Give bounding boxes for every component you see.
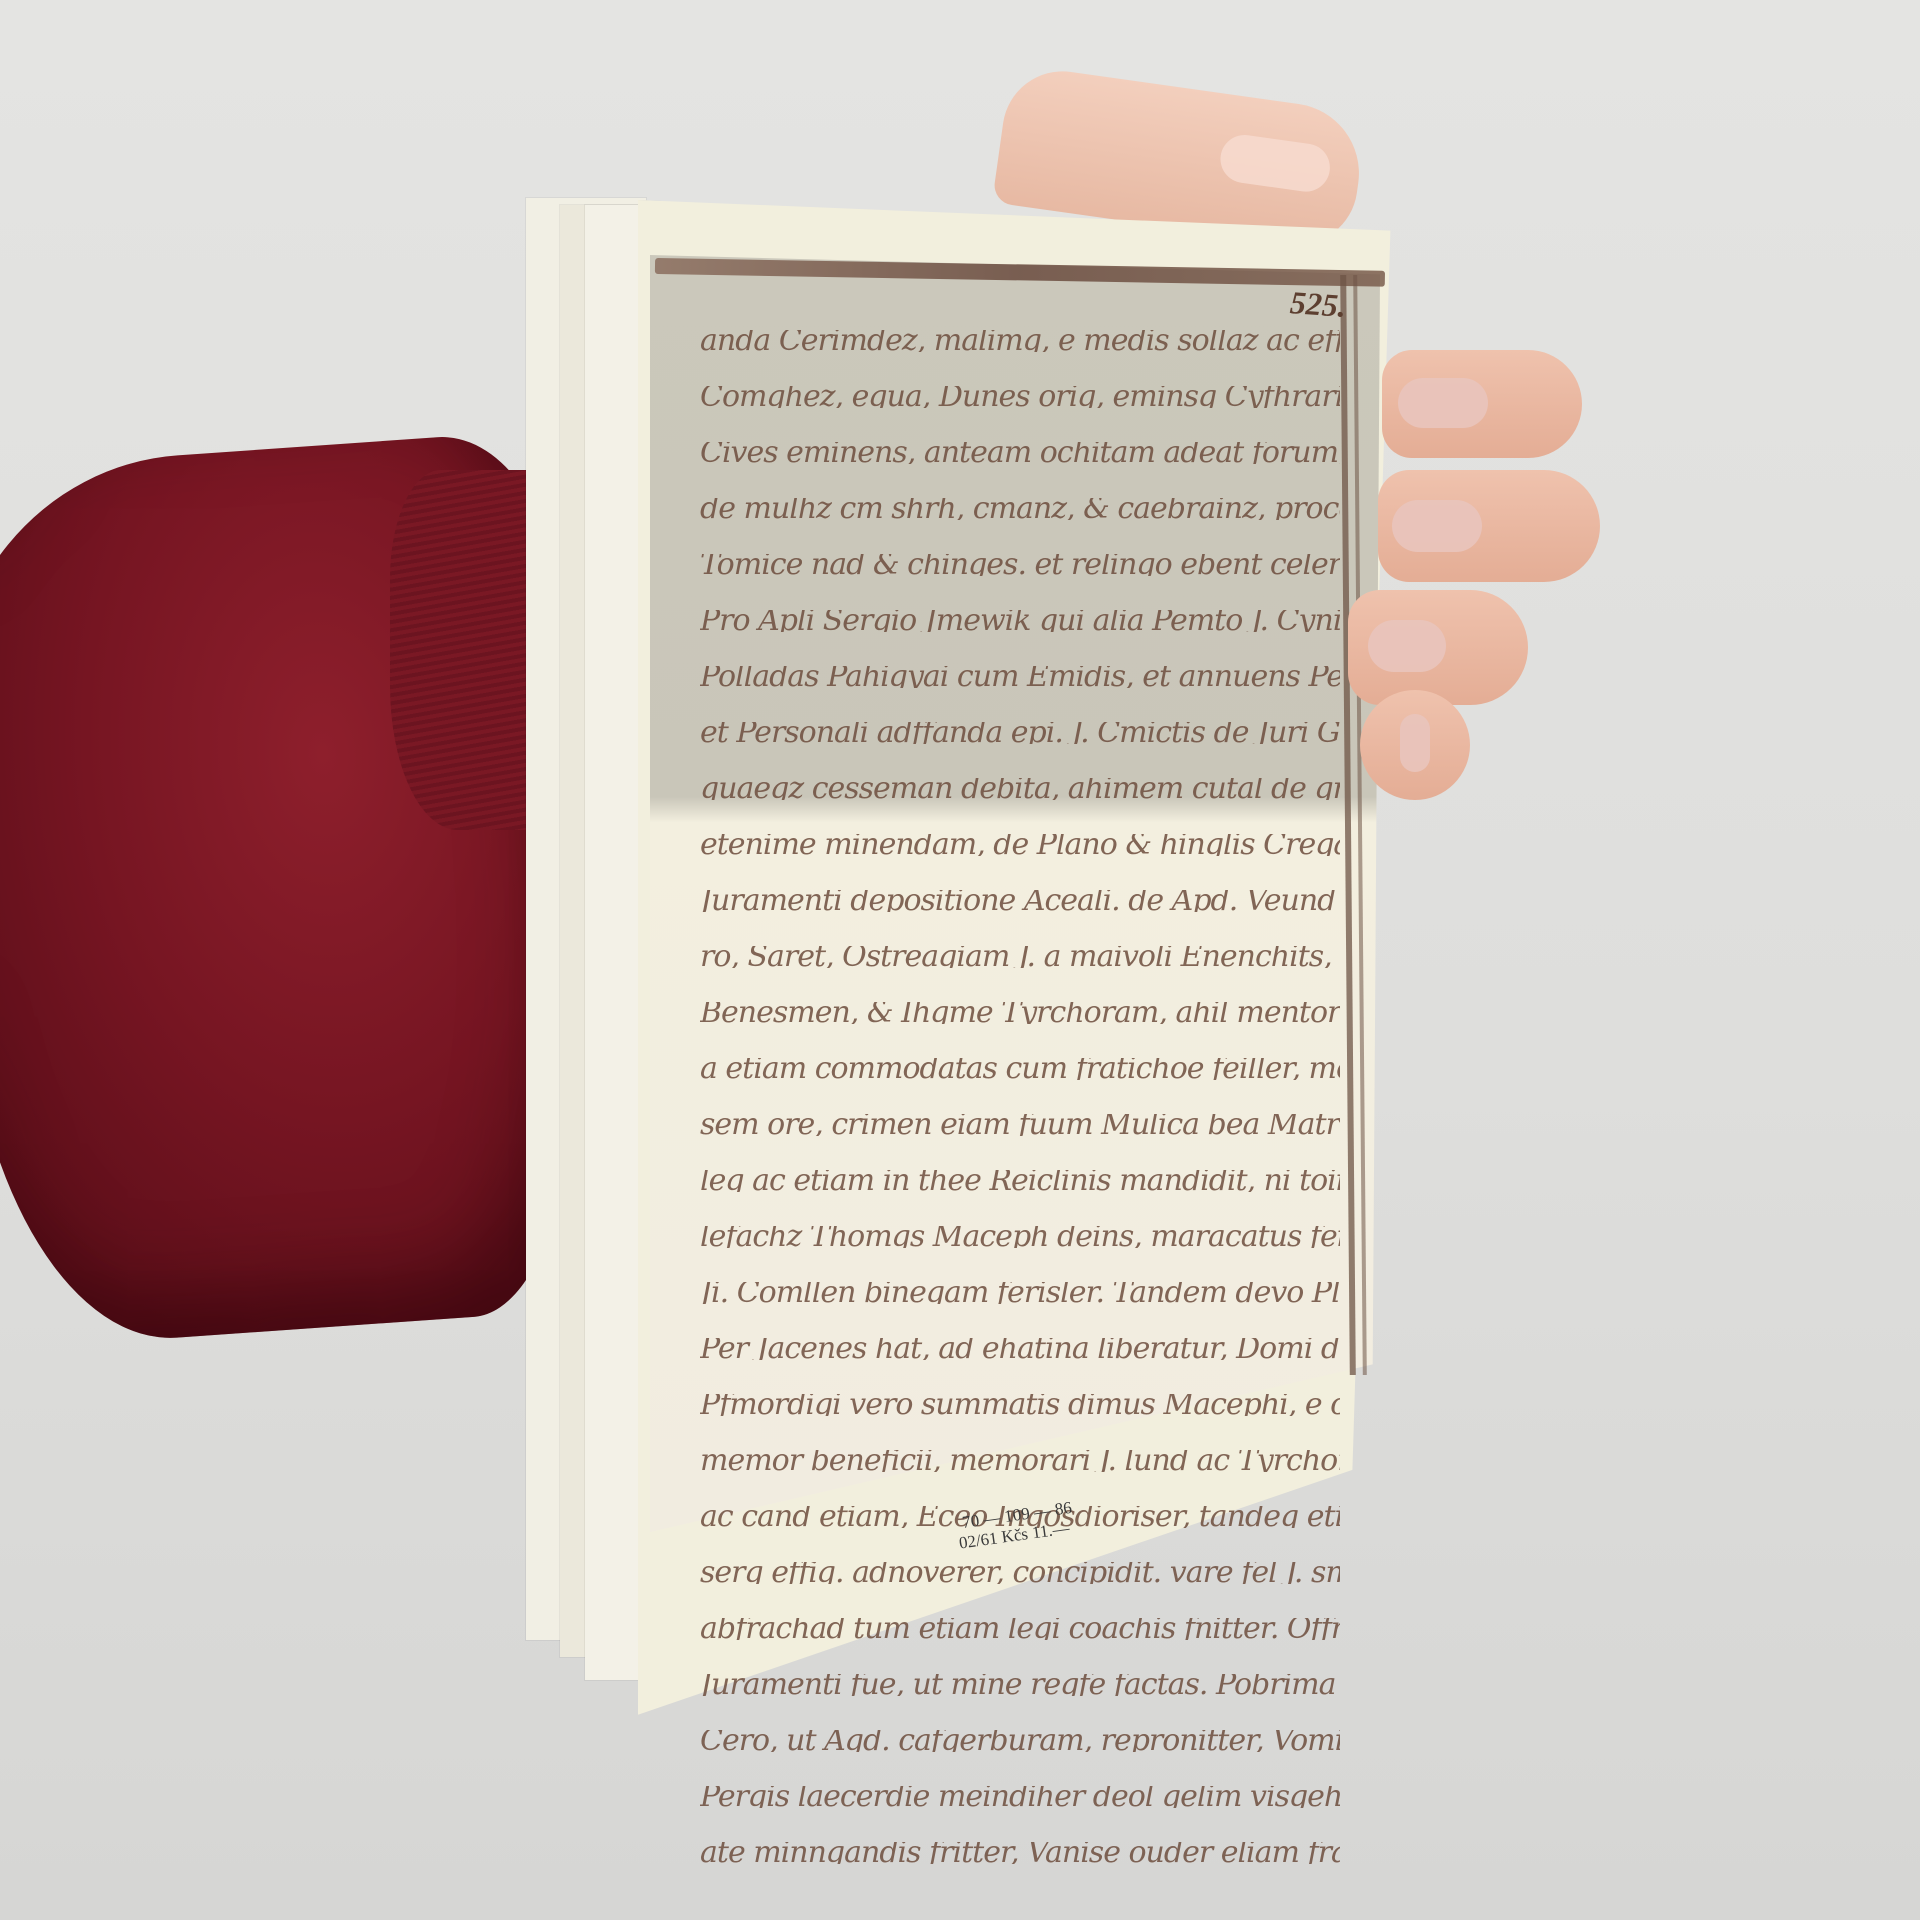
manuscript-line: ate minngandis fritter, Vanise ouder eli…	[700, 1842, 1340, 1864]
thumbnail-nail	[1217, 132, 1333, 195]
photo-scene: 525. anda Cerimdez, malimg, e medis soll…	[0, 0, 1920, 1920]
manuscript-line: Juramenti fue, ut mine regfe factas. Pob…	[700, 1674, 1340, 1696]
manuscript-line: et Personali adffanda epi. J. Cmictis de…	[700, 722, 1340, 744]
manuscript-text: anda Cerimdez, malimg, e medis sollaz ac…	[700, 330, 1340, 1898]
manuscript-line: Polladas Pahigyai cum Emidis, et annuens…	[700, 666, 1340, 688]
manuscript-line: memor beneficii, memorari J. lund ac Tyr…	[700, 1450, 1340, 1472]
fingernail	[1392, 500, 1482, 552]
manuscript-line: Pergis laecerdie meindiher deol gelim vi…	[700, 1786, 1340, 1808]
manuscript-page-number: 525.	[1289, 284, 1347, 325]
fingernail	[1368, 620, 1446, 672]
manuscript-line: sem ore, crimen eiam fuum Mulica bea Mat…	[700, 1114, 1340, 1136]
manuscript-line: Comghez, egua, Dunes orig, eminsg Cyfhra…	[700, 386, 1340, 408]
fingernail	[1398, 378, 1488, 428]
manuscript-line: ro, Saret, Ostreagiam J. a maivoli Enenc…	[700, 946, 1340, 968]
manuscript-line: etenime minendam, de Plano & hinglis Cre…	[700, 834, 1340, 856]
manuscript-line: Cero, ut Agd. cafgerburam, repronitter, …	[700, 1730, 1340, 1752]
finger	[1382, 350, 1582, 458]
manuscript-line: anda Cerimdez, malimg, e medis sollaz ac…	[700, 330, 1340, 352]
manuscript-line: Per Jacenes hat, ad ehatina liberatur, D…	[700, 1338, 1340, 1360]
manuscript-line: Pro Apli Sergio Jmewik qui alia Pemto J.…	[700, 610, 1340, 632]
fingernail	[1400, 714, 1430, 772]
manuscript-line: Benesmen, & Ihgme Tyrchoram, ahil mentor…	[700, 1002, 1340, 1024]
manuscript-line: leg ac etiam in thee Reiclinis mandidit,…	[700, 1170, 1340, 1192]
manuscript-line: serg effig. adnoverer, concipidit. vare …	[700, 1562, 1340, 1584]
finger	[1378, 470, 1600, 582]
manuscript-line: a etiam commodatas cum fratichoe feiller…	[700, 1058, 1340, 1080]
manuscript-line: quaegz cesseman debita, ahimem cutal de …	[700, 778, 1340, 800]
manuscript-line: lefachz Thomgs Maceph deins, maracatus f…	[700, 1226, 1340, 1248]
finger	[1360, 690, 1470, 800]
manuscript-line: Pfmordigi vero summatis dimus Macephi, e…	[700, 1394, 1340, 1416]
book-page-edges	[585, 205, 645, 1680]
manuscript-line: Cives eminens, anteam ochitam adeat foru…	[700, 442, 1340, 464]
manuscript-line: Juramenti depositione Aceali. de Apd. Ve…	[700, 890, 1340, 912]
manuscript-line: Tomice nad & chinges. et relingo ebent c…	[700, 554, 1340, 576]
manuscript-line: abfrachad tum etiam legi coachis fnitter…	[700, 1618, 1340, 1640]
finger	[1348, 590, 1528, 705]
manuscript-line: Ji. Comllen binegam ferisler. Tandem dev…	[700, 1282, 1340, 1304]
manuscript-line: de mulhz cm shrh, cmanz, & caebrainz, pr…	[700, 498, 1340, 520]
